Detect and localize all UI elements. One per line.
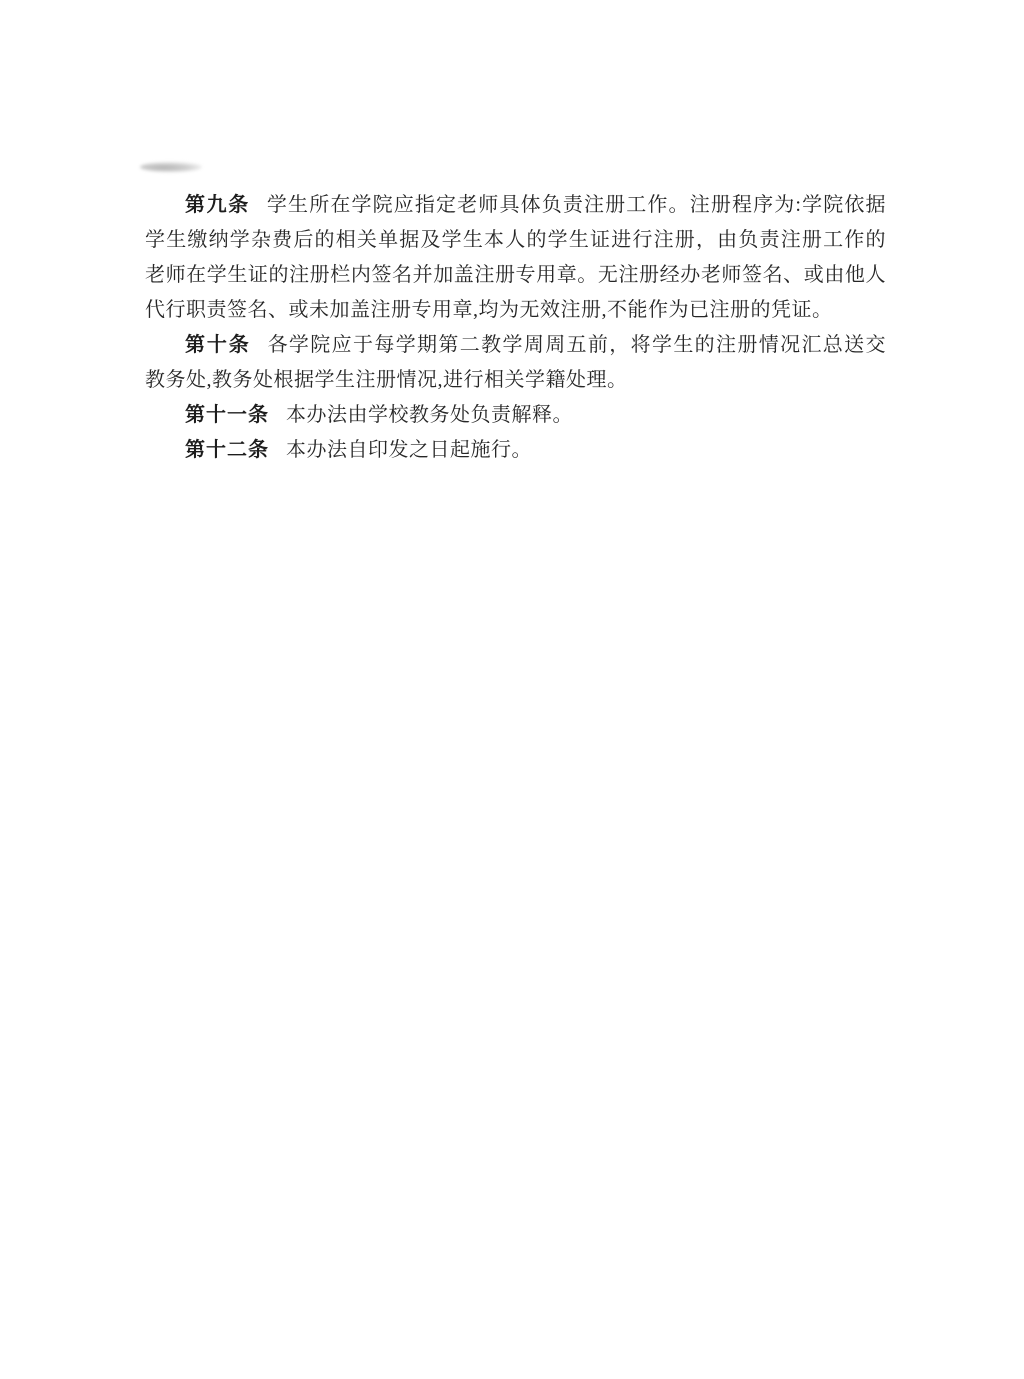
- text-line: 第九条学生所在学院应指定老师具体负责注册工作。注册程序为:学院依据: [145, 188, 886, 223]
- article-number: 第九条: [185, 194, 250, 216]
- article-12: 第十二条本办法自印发之日起施行。: [145, 433, 886, 468]
- scan-smudge-artifact: [140, 162, 202, 172]
- article-number: 第十条: [185, 334, 251, 356]
- article-10: 第十条各学院应于每学期第二教学周周五前，将学生的注册情况汇总送交 教务处,教务处…: [145, 328, 886, 398]
- line-text: 学生所在学院应指定老师具体负责注册工作。注册程序为:学院依据: [267, 194, 886, 216]
- document-body: 第九条学生所在学院应指定老师具体负责注册工作。注册程序为:学院依据 学生缴纳学杂…: [145, 188, 886, 468]
- document-page: 第九条学生所在学院应指定老师具体负责注册工作。注册程序为:学院依据 学生缴纳学杂…: [0, 0, 1024, 1379]
- article-11: 第十一条本办法由学校教务处负责解释。: [145, 398, 886, 433]
- article-9: 第九条学生所在学院应指定老师具体负责注册工作。注册程序为:学院依据 学生缴纳学杂…: [145, 188, 886, 328]
- article-number: 第十一条: [185, 404, 269, 426]
- line-text: 本办法自印发之日起施行。: [286, 439, 532, 461]
- text-line: 第十条各学院应于每学期第二教学周周五前，将学生的注册情况汇总送交: [145, 328, 886, 363]
- text-line: 第十一条本办法由学校教务处负责解释。: [145, 398, 886, 433]
- text-line: 第十二条本办法自印发之日起施行。: [145, 433, 886, 468]
- line-text: 各学院应于每学期第二教学周周五前，将学生的注册情况汇总送交: [268, 334, 886, 356]
- text-line: 老师在学生证的注册栏内签名并加盖注册专用章。无注册经办老师签名、或由他人: [145, 258, 886, 293]
- article-number: 第十二条: [185, 439, 269, 461]
- text-line: 代行职责签名、或未加盖注册专用章,均为无效注册,不能作为已注册的凭证。: [145, 293, 886, 328]
- text-line: 学生缴纳学杂费后的相关单据及学生本人的学生证进行注册，由负责注册工作的: [145, 223, 886, 258]
- text-line: 教务处,教务处根据学生注册情况,进行相关学籍处理。: [145, 363, 886, 398]
- line-text: 本办法由学校教务处负责解释。: [286, 404, 573, 426]
